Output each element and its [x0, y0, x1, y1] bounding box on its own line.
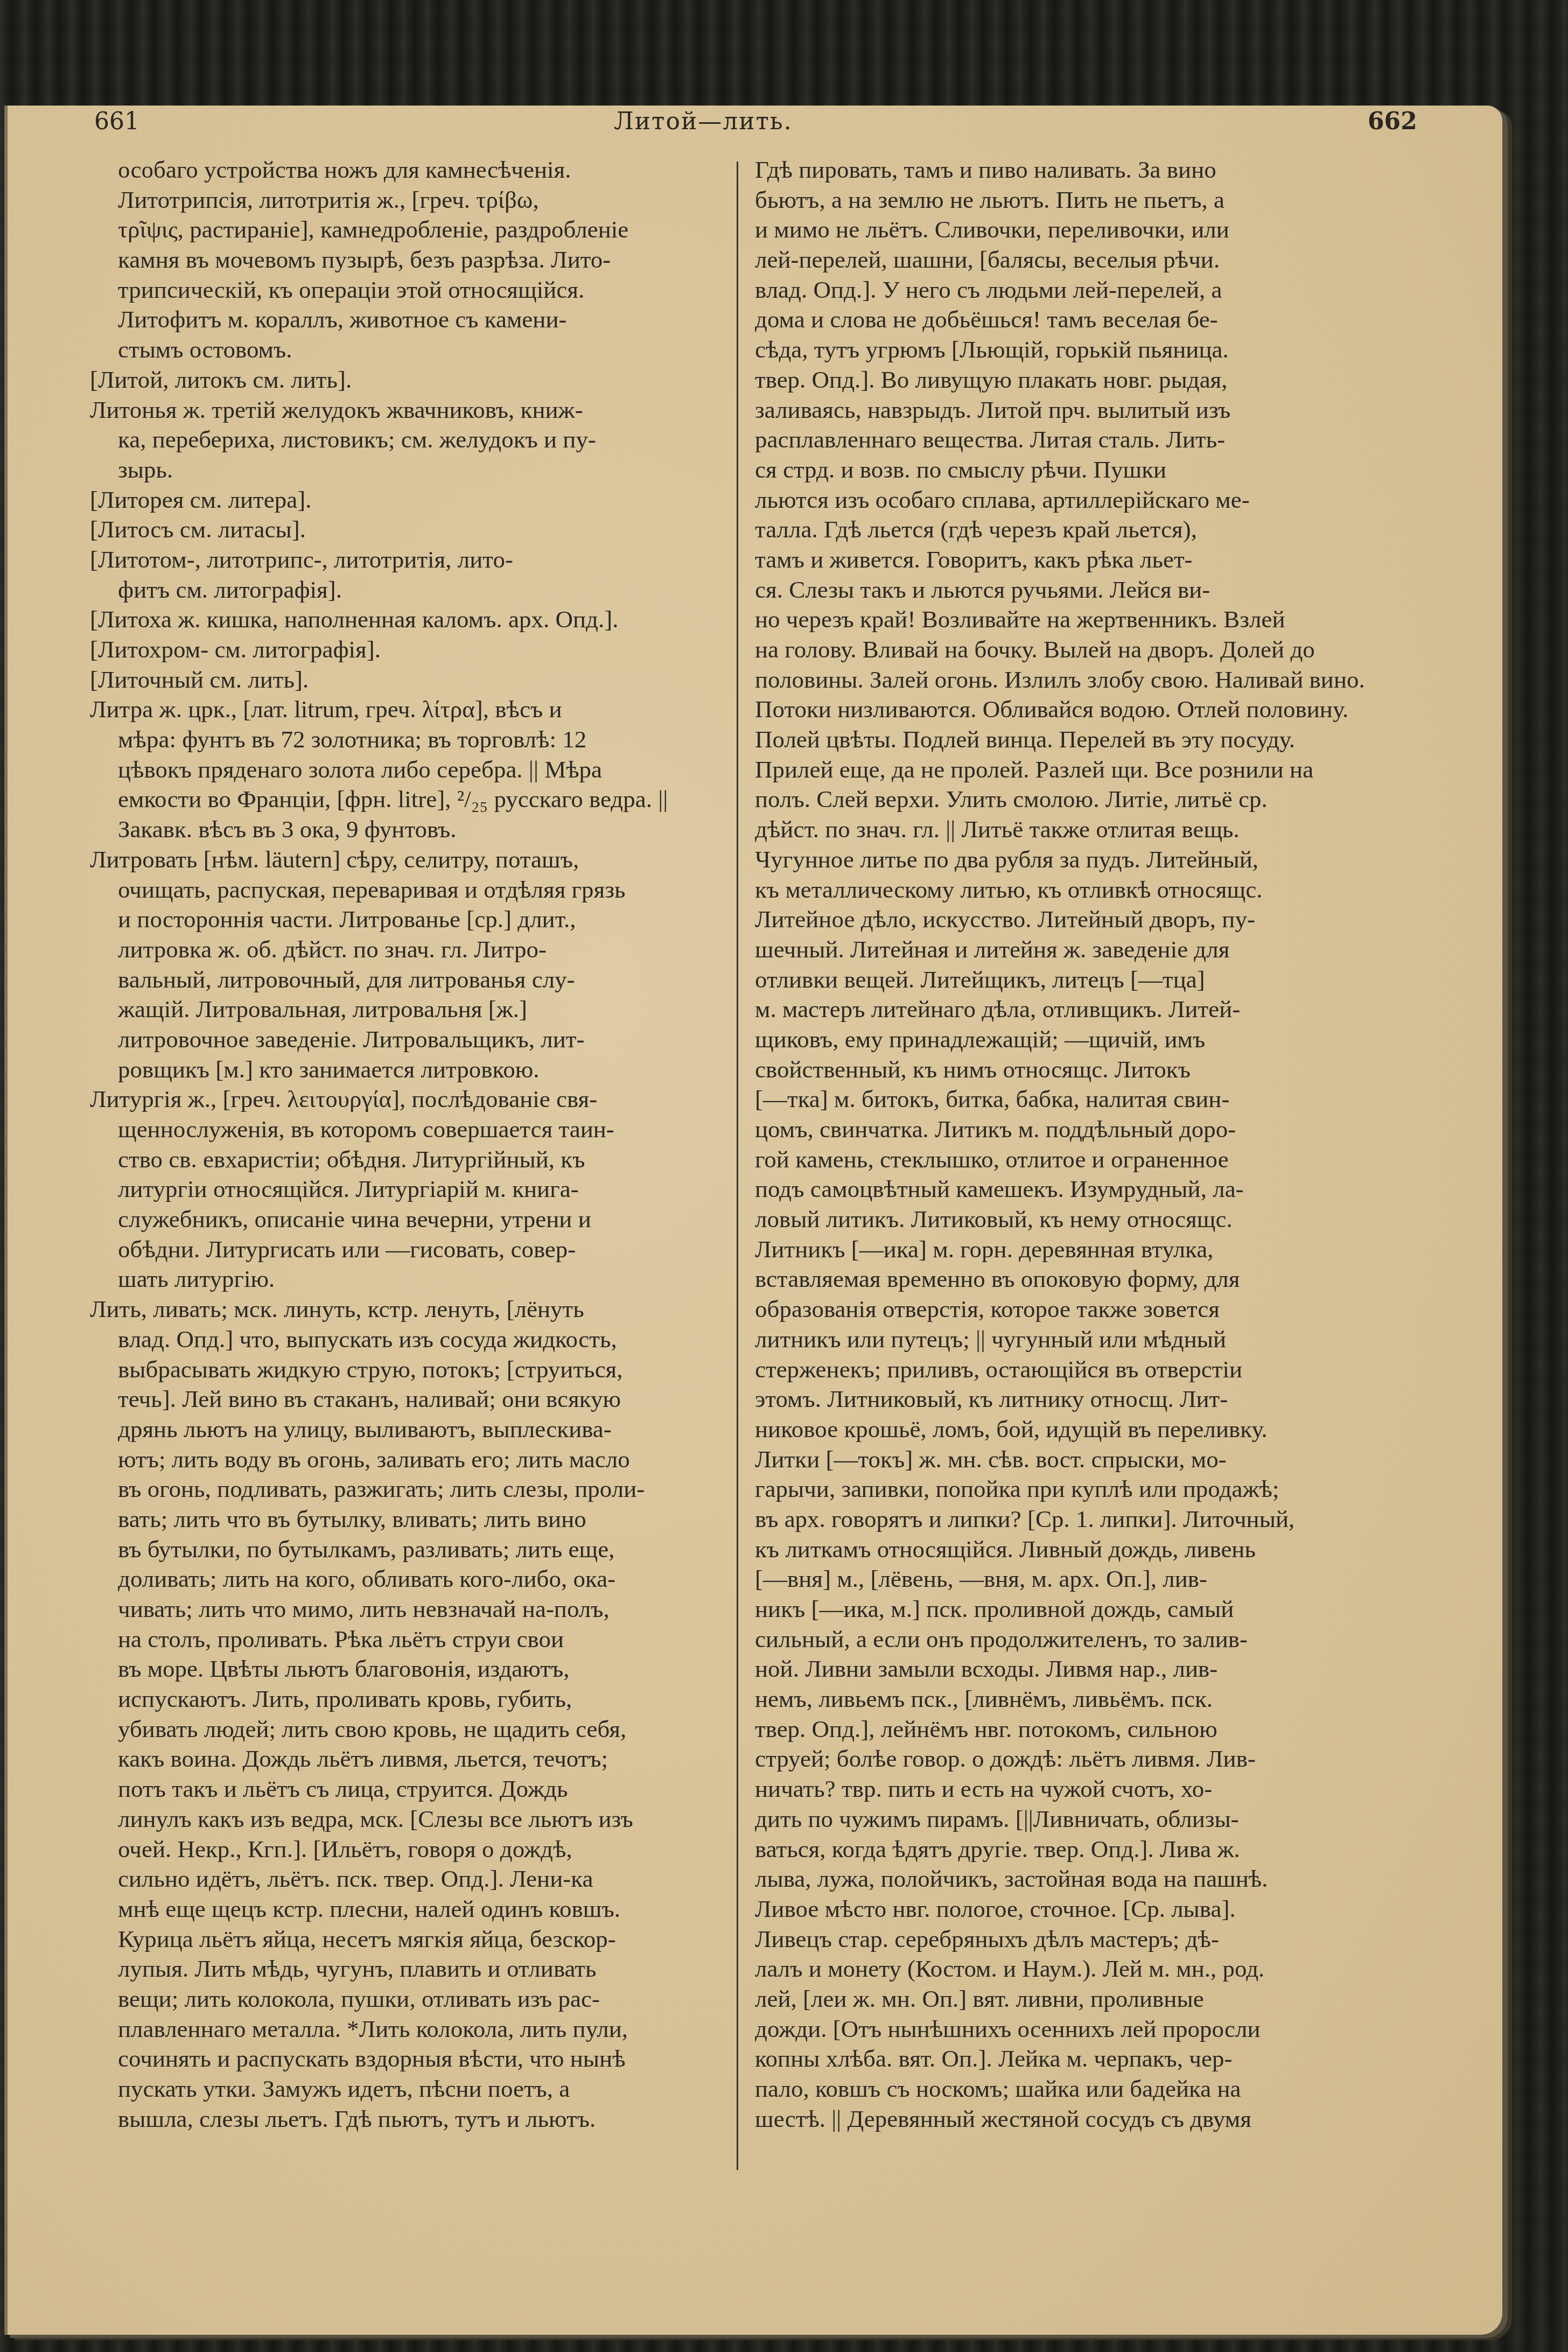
text-line: немъ, ливьемъ пск., [ливнёмъ, ливьёмъ. п… [755, 1684, 1409, 1714]
text-line: на столъ, проливать. Рѣка льётъ струи св… [90, 1625, 728, 1655]
text-line: фитъ см. литографія]. [90, 575, 728, 605]
text-line: служебникъ, описаніе чина вечерни, утрен… [90, 1205, 728, 1235]
text-line: заливаясь, навзрыдъ. Литой прч. вылитый … [755, 395, 1409, 425]
text-line: лыва, лужа, полойчикъ, застойная вода на… [755, 1864, 1409, 1894]
text-line: но черезъ край! Возливайте на жертвенник… [755, 605, 1409, 635]
text-line: ничать? твр. пить и есть на чужой счотъ,… [755, 1774, 1409, 1804]
text-line: лупыя. Лить мѣдь, чугунъ, плавить и отли… [90, 1954, 728, 1984]
text-line: вещи; лить колокола, пушки, отливать изъ… [90, 1984, 728, 2014]
text-line: образованія отверстія, которое также зов… [755, 1294, 1409, 1325]
text-line: никъ [—ика, м.] пск. проливной дождь, са… [755, 1594, 1409, 1625]
text-line: въ море. Цвѣты льютъ благовонія, издаютъ… [90, 1654, 728, 1684]
text-line: щиковъ, ему принадлежащій; —щичій, имъ [755, 1025, 1409, 1055]
text-line: къ литкамъ относящійся. Ливный дождь, ли… [755, 1535, 1409, 1565]
text-line: литникъ или путецъ; || чугунный или мѣдн… [755, 1325, 1409, 1355]
text-line: сѣда, тутъ угрюмъ [Льющій, горькій пьяни… [755, 335, 1409, 365]
text-line: влад. Опд.]. У него съ людьми лей-переле… [755, 275, 1409, 305]
text-line: Литровать [нѣм. läutern] сѣру, селитру, … [90, 845, 728, 875]
text-line: ство св. евхаристіи; обѣдня. Литургійный… [90, 1145, 728, 1175]
text-line: цѣвокъ пряденаго золота либо серебра. ||… [90, 755, 728, 785]
text-line: Прилей еще, да не пролей. Разлей щи. Все… [755, 755, 1409, 785]
running-title: Литой—лить. [614, 108, 793, 135]
text-line: [Литотом-, литотрипс-, литотритія, лито- [90, 545, 728, 575]
text-line: на голову. Вливай на бочку. Вылей на дво… [755, 635, 1409, 665]
page-number-left: 661 [94, 108, 139, 135]
text-line: Литотрипсія, литотритія ж., [греч. τρίβω… [90, 185, 728, 215]
text-line: дрянь льютъ на улицу, выливаютъ, выплеск… [90, 1415, 728, 1445]
text-line: стерженекъ; приливъ, остающійся въ отвер… [755, 1355, 1409, 1385]
text-line: Литра ж. црк., [лат. litrum, греч. λίτρα… [90, 695, 728, 725]
text-line: вать; лить что въ бутылку, вливать; лить… [90, 1504, 728, 1535]
text-line: ловый литикъ. Литиковый, къ нему относящ… [755, 1205, 1409, 1235]
text-line: жащій. Литровальная, литровальня [ж.] [90, 995, 728, 1025]
text-line: дожди. [Отъ нынѣшнихъ осеннихъ лей проро… [755, 2014, 1409, 2045]
text-line: чивать; лить что мимо, лить невзначай на… [90, 1594, 728, 1625]
text-line: полъ. Слей верхи. Улить смолою. Литіе, л… [755, 785, 1409, 815]
text-line: [—тка] м. битокъ, битка, бабка, налитая … [755, 1084, 1409, 1115]
text-line: цомъ, свинчатка. Литикъ м. поддѣльный до… [755, 1115, 1409, 1145]
text-line: ся. Слезы такъ и льются ручьями. Лейся в… [755, 575, 1409, 605]
text-line: ной. Ливни замыли всходы. Ливмя нар., ли… [755, 1654, 1409, 1684]
text-line: дома и слова не добьёшься! тамъ веселая … [755, 305, 1409, 335]
text-line: камня въ мочевомъ пузырѣ, безъ разрѣза. … [90, 245, 728, 275]
text-line: Литургія ж., [греч. λειτουργία], послѣдо… [90, 1084, 728, 1115]
text-line: твер. Опд.]. Во ливущую плакать новг. ры… [755, 365, 1409, 395]
text-line: [Литорея см. литера]. [90, 485, 728, 515]
text-line: пало, ковшъ съ носкомъ; шайка или бадейк… [755, 2074, 1409, 2104]
text-line: бьютъ, а на землю не льютъ. Пить не пьет… [755, 185, 1409, 215]
text-line: доливать; лить на кого, обливать кого-ли… [90, 1564, 728, 1594]
text-line: [Литоха ж. кишка, наполненная каломъ. ар… [90, 605, 728, 635]
text-line: [Литой, литокъ см. лить]. [90, 365, 728, 395]
text-line: мѣра: фунтъ въ 72 золотника; въ торговлѣ… [90, 725, 728, 755]
text-line: литровочное заведеніе. Литровальщикъ, ли… [90, 1025, 728, 1055]
text-line: сильный, а если онъ продолжителенъ, то з… [755, 1625, 1409, 1655]
text-line: лалъ и монету (Костом. и Наум.). Лей м. … [755, 1954, 1409, 1984]
text-line: пускать утки. Замужъ идетъ, пѣсни поетъ,… [90, 2074, 728, 2104]
text-line: трипсическій, къ операціи этой относящій… [90, 275, 728, 305]
text-line: вальный, литровочный, для литрованья слу… [90, 965, 728, 995]
text-line: льются изъ особаго сплава, артиллерійска… [755, 485, 1409, 515]
text-line: твер. Опд.], лейнёмъ нвг. потокомъ, силь… [755, 1714, 1409, 1745]
text-line: Ливое мѣсто нвг. пологое, сточное. [Ср. … [755, 1894, 1409, 1924]
text-line: емкости во Франціи, [фрн. litre], ²/₂₅ р… [90, 785, 728, 815]
text-line: Литникъ [—ика] м. горн. деревянная втулк… [755, 1235, 1409, 1265]
text-line: Чугунное литье по два рубля за пудъ. Лит… [755, 845, 1409, 875]
text-line: мнѣ еще щецъ кстр. плесни, налей одинъ к… [90, 1894, 728, 1924]
text-line: шестѣ. || Деревянный жестяной сосудъ съ … [755, 2104, 1409, 2134]
text-line: выбрасывать жидкую струю, потокъ; [струи… [90, 1355, 728, 1385]
text-line: тамъ и живется. Говоритъ, какъ рѣка льет… [755, 545, 1409, 575]
text-line: зырь. [90, 455, 728, 485]
text-line: плавленнаго металла. *Лить колокола, лит… [90, 2014, 728, 2045]
text-line: никовое крошьё, ломъ, бой, идущій въ пер… [755, 1415, 1409, 1445]
text-line: влад. Опд.] что, выпускать изъ сосуда жи… [90, 1325, 728, 1355]
text-line: подъ самоцвѣтный камешекъ. Изумрудный, л… [755, 1174, 1409, 1205]
text-line: и постороннія части. Литрованье [ср.] дл… [90, 905, 728, 935]
text-line: дѣйст. по знач. гл. || Литьё также отлит… [755, 815, 1409, 845]
text-line: очищать, распуская, переваривая и отдѣля… [90, 875, 728, 905]
page-header: 661 Литой—лить. 662 [0, 108, 1568, 145]
text-line: Литки [—токъ] ж. мн. сѣв. вост. спрыски,… [755, 1445, 1409, 1475]
page-number-right: 662 [1368, 108, 1417, 135]
text-line: Лить, ливать; мск. линуть, кстр. ленуть,… [90, 1294, 728, 1325]
text-line: гарычи, запивки, попойка при куплѣ или п… [755, 1474, 1409, 1504]
text-line: испускаютъ. Лить, проливать кровь, губит… [90, 1684, 728, 1714]
text-line: ваться, когда ѣдятъ другіе. твер. Опд.].… [755, 1835, 1409, 1865]
text-line: Литейное дѣло, искусство. Литейный дворъ… [755, 905, 1409, 935]
left-column: особаго устройства ножъ для камнесѣченія… [90, 155, 728, 2134]
text-line: ровщикъ [м.] кто занимается литровкою. [90, 1055, 728, 1085]
text-line: талла. Гдѣ льется (гдѣ черезъ край льетс… [755, 515, 1409, 545]
text-line: копны хлѣба. вят. Оп.]. Лейка м. черпакъ… [755, 2044, 1409, 2074]
text-line: вышла, слезы льетъ. Гдѣ пьютъ, тутъ и ль… [90, 2104, 728, 2134]
text-line: вставляемая временно въ опоковую форму, … [755, 1264, 1409, 1294]
text-line: стымъ остовомъ. [90, 335, 728, 365]
right-column: Гдѣ пировать, тамъ и пиво наливать. За в… [755, 155, 1409, 2134]
text-line: Полей цвѣты. Подлей винца. Перелей въ эт… [755, 725, 1409, 755]
text-line: τρῖψις, растираніе], камнедробленіе, раз… [90, 215, 728, 245]
text-line: въ огонь, подливать, разжигать; лить сле… [90, 1474, 728, 1504]
text-line: Потоки низливаются. Обливайся водою. Отл… [755, 695, 1409, 725]
text-line: литургіи относящійся. Литургіарій м. кни… [90, 1174, 728, 1205]
text-line: [Литосъ см. литасы]. [90, 515, 728, 545]
text-line: лей-перелей, шашни, [балясы, веселыя рѣч… [755, 245, 1409, 275]
text-line: гой камень, стеклышко, отлитое и огранен… [755, 1145, 1409, 1175]
text-line: ютъ; лить воду въ огонь, заливать его; л… [90, 1445, 728, 1475]
text-line: Литофитъ м. кораллъ, животное съ камени- [90, 305, 728, 335]
text-line: [Литочный см. лить]. [90, 665, 728, 695]
column-divider [737, 162, 738, 2170]
text-line: линулъ какъ изъ ведра, мск. [Слезы все л… [90, 1804, 728, 1835]
text-line: очей. Некр., Кгп.]. [Ильётъ, говоря о до… [90, 1835, 728, 1865]
text-line: въ арх. говорятъ и липки? [Ср. 1. липки]… [755, 1504, 1409, 1535]
text-line: и мимо не льётъ. Сливочки, переливочки, … [755, 215, 1409, 245]
text-line: особаго устройства ножъ для камнесѣченія… [90, 155, 728, 185]
text-line: какъ воина. Дождь льётъ ливмя, льется, т… [90, 1744, 728, 1774]
text-line: Курица льётъ яйца, несетъ мягкія яйца, б… [90, 1924, 728, 1955]
text-line: ка, перебериха, листовикъ; см. желудокъ … [90, 425, 728, 455]
text-line: течь]. Лей вино въ стаканъ, наливай; они… [90, 1384, 728, 1415]
text-line: половины. Залей огонь. Излилъ злобу свою… [755, 665, 1409, 695]
text-line: шать литургію. [90, 1264, 728, 1294]
text-line: сочинять и распускать вздорныя вѣсти, чт… [90, 2044, 728, 2074]
text-line: лей, [леи ж. мн. Оп.] вят. ливни, пролив… [755, 1984, 1409, 2014]
text-line: м. мастеръ литейнаго дѣла, отливщикъ. Ли… [755, 995, 1409, 1025]
text-line: [—вня] м., [лёвень, —вня, м. арх. Оп.], … [755, 1564, 1409, 1594]
text-line: въ бутылки, по бутылкамъ, разливать; лит… [90, 1535, 728, 1565]
text-line: щеннослуженія, въ которомъ совершается т… [90, 1115, 728, 1145]
page-edge [4, 106, 8, 2335]
text-line: Ливецъ стар. серебряныхъ дѣлъ мастеръ; д… [755, 1924, 1409, 1955]
text-line: дить по чужимъ пирамъ. [||Ливничать, обл… [755, 1804, 1409, 1835]
text-line: сильно идётъ, льётъ. пск. твер. Опд.]. Л… [90, 1864, 728, 1894]
text-line: обѣдни. Литургисать или —гисовать, совер… [90, 1235, 728, 1265]
text-line: убивать людей; лить свою кровь, не щадит… [90, 1714, 728, 1745]
text-line: къ металлическому литью, къ отливкѣ отно… [755, 875, 1409, 905]
text-line: [Литохром- см. литографія]. [90, 635, 728, 665]
text-line: Закавк. вѣсъ въ 3 ока, 9 фунтовъ. [90, 815, 728, 845]
text-line: свойственный, къ нимъ относящс. Литокъ [755, 1055, 1409, 1085]
text-line: расплавленнаго вещества. Литая сталь. Ли… [755, 425, 1409, 455]
text-line: литровка ж. об. дѣйст. по знач. гл. Литр… [90, 935, 728, 965]
text-line: шечный. Литейная и литейня ж. заведеніе … [755, 935, 1409, 965]
text-line: ся стрд. и возв. по смыслу рѣчи. Пушки [755, 455, 1409, 485]
text-line: этомъ. Литниковый, къ литнику относщ. Ли… [755, 1384, 1409, 1415]
text-line: Литонья ж. третій желудокъ жвачниковъ, к… [90, 395, 728, 425]
text-line: потъ такъ и льётъ съ лица, струится. Дож… [90, 1774, 728, 1804]
text-line: струей; болѣе говор. о дождѣ: льётъ ливм… [755, 1744, 1409, 1774]
text-line: Гдѣ пировать, тамъ и пиво наливать. За в… [755, 155, 1409, 185]
text-line: отливки вещей. Литейщикъ, литецъ [—тца] [755, 965, 1409, 995]
